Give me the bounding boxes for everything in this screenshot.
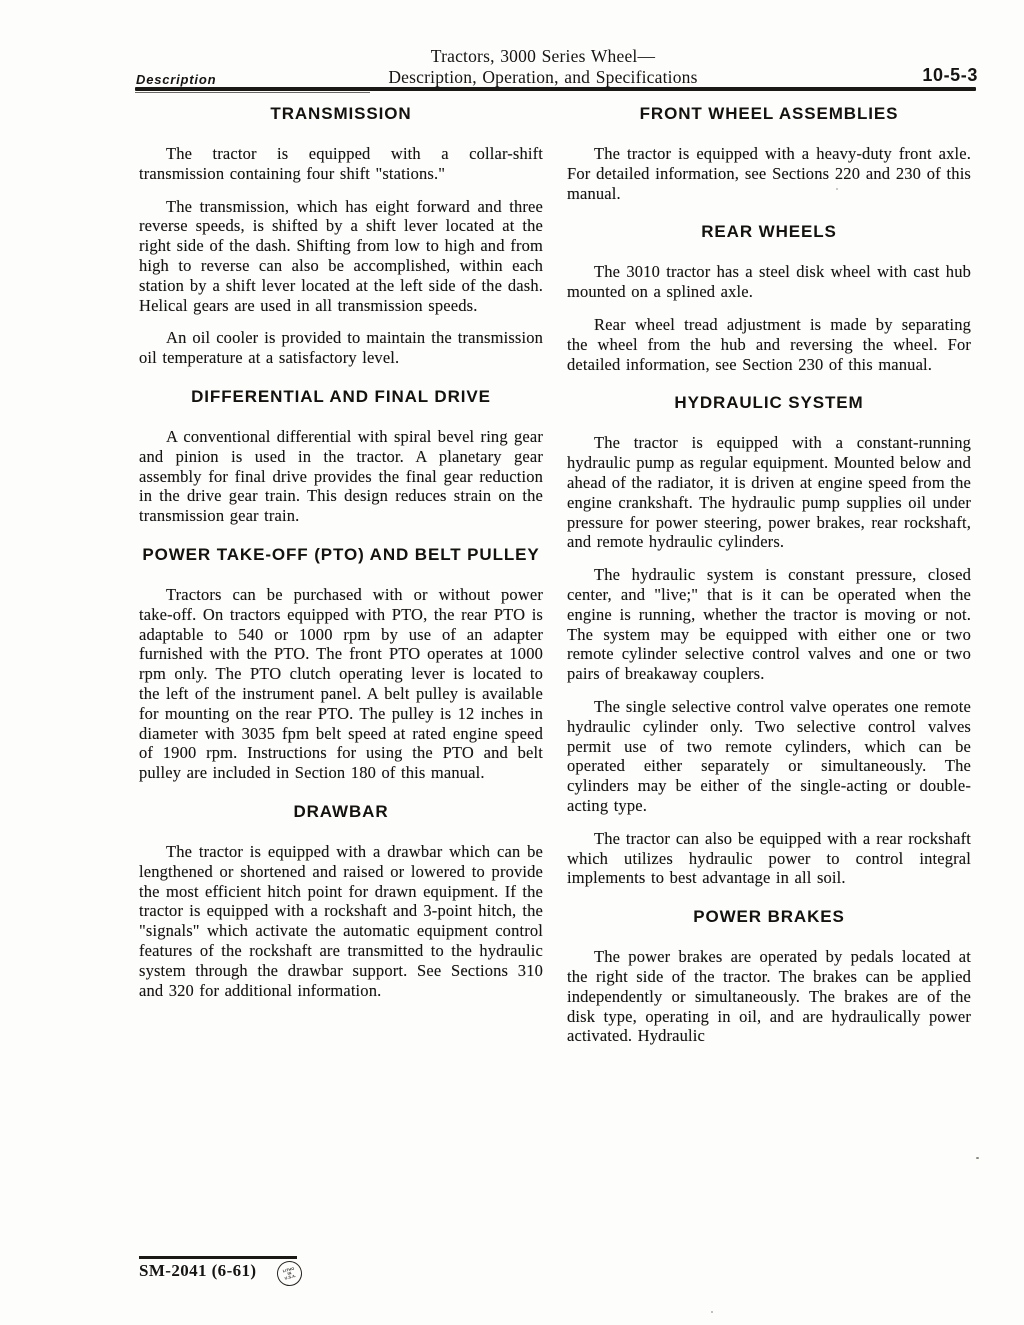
heading-rear-wheels: REAR WHEELS: [567, 222, 971, 241]
scan-speck: [836, 188, 838, 190]
header-rule: [135, 87, 976, 91]
left-column: TRANSMISSION The tractor is equipped wit…: [139, 101, 543, 1013]
heading-power-brakes: POWER BRAKES: [567, 907, 971, 926]
paragraph: Tractors can be purchased with or withou…: [139, 585, 543, 783]
section-transmission: TRANSMISSION The tractor is equipped wit…: [139, 104, 543, 368]
heading-hydraulic-system: HYDRAULIC SYSTEM: [567, 393, 971, 412]
paragraph: The hydraulic system is constant pressur…: [567, 565, 971, 684]
litho-stamp-icon: LITHO IN U.S.A.: [274, 1258, 304, 1288]
scan-speck: [976, 1157, 979, 1159]
paragraph: The tractor is equipped with a collar-sh…: [139, 144, 543, 184]
heading-transmission: TRANSMISSION: [139, 104, 543, 123]
header-section-label: Description: [136, 72, 216, 87]
section-drawbar: DRAWBAR The tractor is equipped with a d…: [139, 802, 543, 1000]
heading-pto-belt-pulley: POWER TAKE-OFF (PTO) AND BELT PULLEY: [139, 545, 543, 564]
litho-stamp-text: LITHO IN U.S.A.: [282, 1267, 296, 1281]
stamp-line: U.S.A.: [284, 1274, 296, 1280]
paragraph: The tractor is equipped with a heavy-dut…: [567, 144, 971, 203]
heading-differential-final-drive: DIFFERENTIAL AND FINAL DRIVE: [139, 387, 543, 406]
section-differential-final-drive: DIFFERENTIAL AND FINAL DRIVE A conventio…: [139, 387, 543, 526]
header-rule-stub: [135, 92, 370, 93]
manual-page: Tractors, 3000 Series Wheel— Description…: [0, 0, 1024, 1325]
paragraph: The tractor is equipped with a drawbar w…: [139, 842, 543, 1000]
paragraph: The tractor can also be equipped with a …: [567, 829, 971, 888]
paragraph: The tractor is equipped with a constant-…: [567, 433, 971, 552]
document-code: SM-2041 (6-61): [139, 1261, 257, 1281]
paragraph: An oil cooler is provided to maintain th…: [139, 328, 543, 368]
heading-front-wheel-assemblies: FRONT WHEEL ASSEMBLIES: [567, 104, 971, 123]
section-pto-belt-pulley: POWER TAKE-OFF (PTO) AND BELT PULLEY Tra…: [139, 545, 543, 783]
header-title-line2: Description, Operation, and Specificatio…: [140, 67, 946, 87]
scan-speck: [711, 1311, 713, 1313]
header-title-line1: Tractors, 3000 Series Wheel—: [140, 46, 946, 66]
paragraph: A conventional differential with spiral …: [139, 427, 543, 526]
page-number: 10-5-3: [922, 65, 978, 86]
paragraph: The transmission, which has eight forwar…: [139, 197, 543, 316]
right-column: FRONT WHEEL ASSEMBLIES The tractor is eq…: [567, 101, 971, 1059]
section-rear-wheels: REAR WHEELS The 3010 tractor has a steel…: [567, 222, 971, 374]
paragraph: The 3010 tractor has a steel disk wheel …: [567, 262, 971, 302]
section-power-brakes: POWER BRAKES The power brakes are operat…: [567, 907, 971, 1046]
heading-drawbar: DRAWBAR: [139, 802, 543, 821]
paragraph: The single selective control valve opera…: [567, 697, 971, 816]
section-hydraulic-system: HYDRAULIC SYSTEM The tractor is equipped…: [567, 393, 971, 888]
footer-rule: [139, 1256, 297, 1259]
scan-speck: [461, 969, 464, 972]
section-front-wheel-assemblies: FRONT WHEEL ASSEMBLIES The tractor is eq…: [567, 104, 971, 203]
paragraph: The power brakes are operated by pedals …: [567, 947, 971, 1046]
paragraph: Rear wheel tread adjustment is made by s…: [567, 315, 971, 374]
